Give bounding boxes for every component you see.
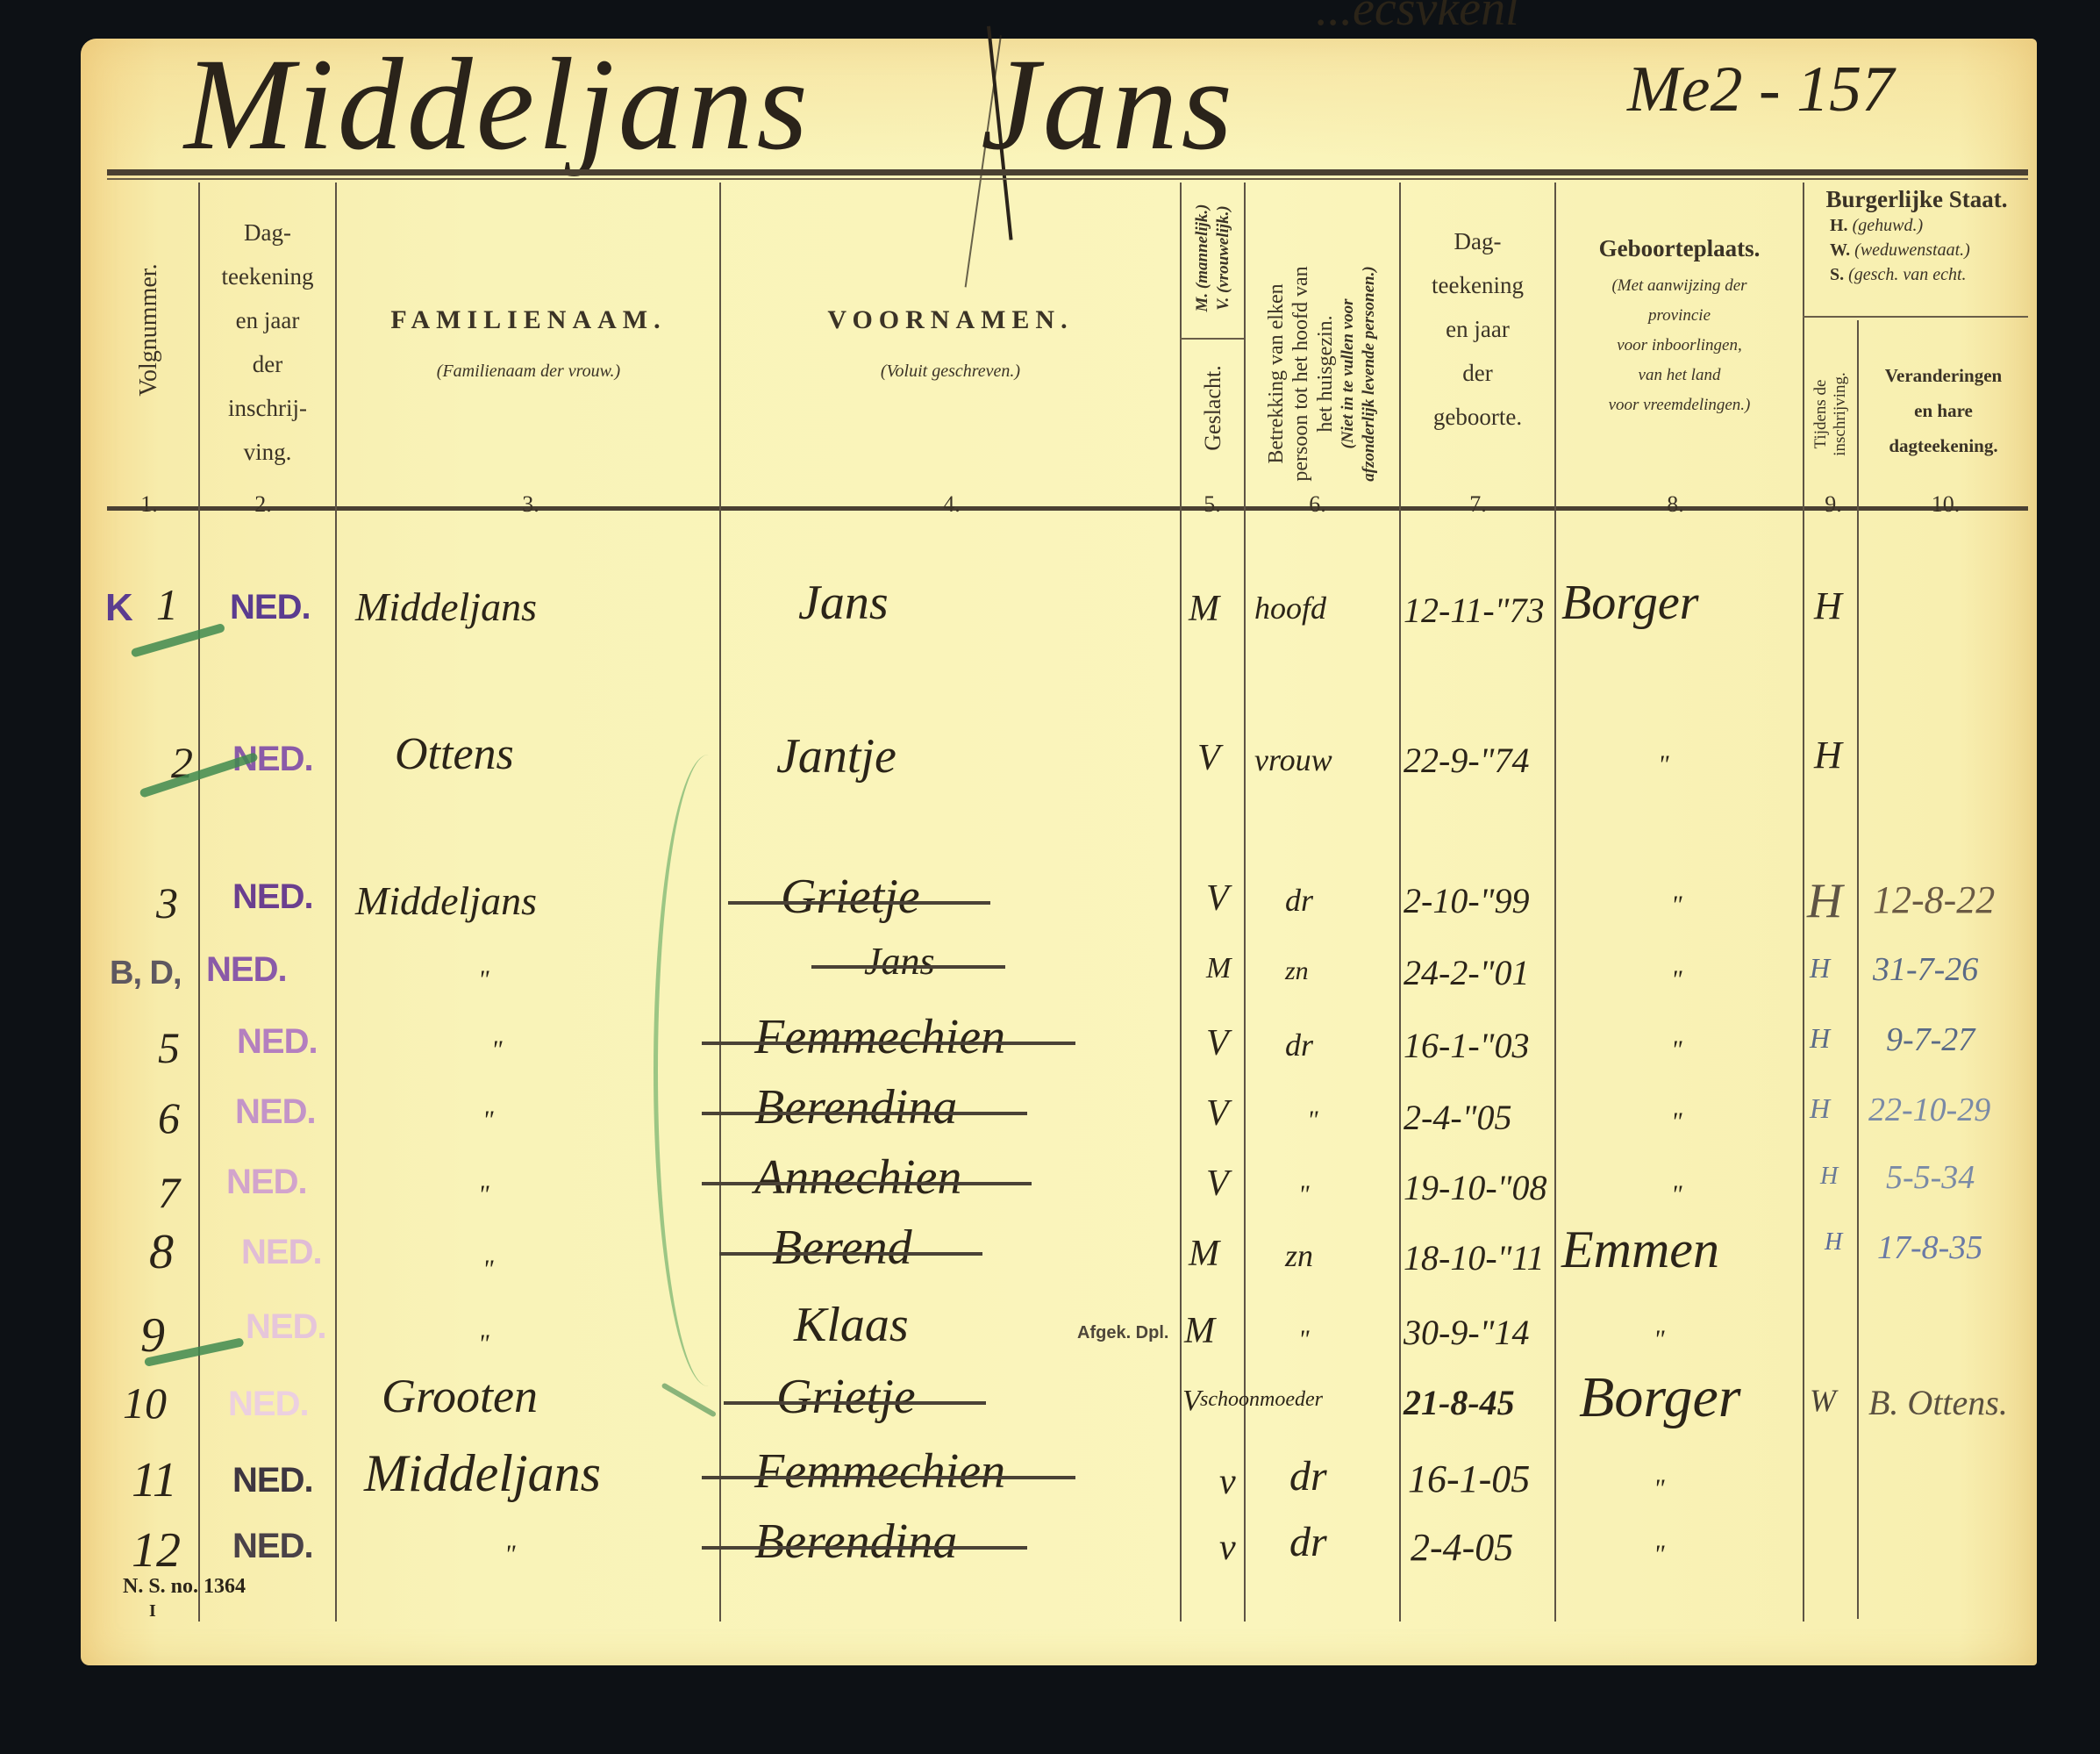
familienaam-ditto: "	[491, 1035, 503, 1065]
col-divider-1	[198, 183, 200, 1622]
verandering: 9-7-27	[1886, 1020, 1975, 1059]
betrekking: dr	[1289, 1518, 1327, 1566]
geboortedatum: 18-10-"11	[1404, 1237, 1544, 1278]
geboorteplaats: "	[1658, 750, 1669, 780]
colnum-2: 2.	[237, 491, 289, 518]
voornamen-struck: Femmechien	[754, 1009, 1005, 1065]
colnum-7: 7.	[1452, 491, 1504, 518]
geboortedatum: 2-4-"05	[1404, 1097, 1511, 1138]
familienaam: Ottens	[395, 728, 514, 780]
row-prefix-stamp: B, D,	[110, 955, 182, 992]
geboorteplaats: "	[1671, 965, 1682, 995]
header-volgnummer: Volgnummer.	[135, 242, 163, 418]
geslacht: V	[1206, 877, 1229, 920]
geslacht: V	[1206, 1022, 1229, 1064]
header-betrekking: Betrekking van elken persoon tot het hoo…	[1264, 242, 1380, 505]
colnum-8: 8.	[1649, 491, 1702, 518]
geslacht: M	[1189, 588, 1219, 630]
header-rule-thick	[107, 169, 2028, 175]
burgerlijke-staat: H	[1810, 952, 1830, 984]
betrekking: zn	[1285, 956, 1309, 986]
nationality-stamp: NED.	[246, 1307, 326, 1347]
burgerlijke-staat: H	[1807, 873, 1842, 929]
geslacht: V	[1206, 1092, 1229, 1135]
row-number: 5	[158, 1022, 180, 1073]
betrekking: dr	[1289, 1452, 1327, 1500]
familienaam: Middeljans	[355, 583, 537, 630]
row-number: 11	[132, 1452, 177, 1508]
geslacht: M	[1189, 1233, 1219, 1275]
header-burgerlijke-staat: Burgerlijke Staat. H. (gehuwd.) W. (wedu…	[1805, 186, 2028, 287]
geboortedatum: 30-9-"14	[1404, 1312, 1529, 1353]
geboortedatum: 24-2-"01	[1404, 952, 1529, 993]
familienaam-ditto: "	[478, 1329, 489, 1359]
large-given-name: Jans	[981, 39, 1236, 170]
row-number: 12	[132, 1522, 181, 1579]
voornamen-struck: Berendina	[754, 1079, 957, 1135]
geboorteplaats: "	[1671, 891, 1682, 920]
familienaam-ditto: "	[478, 965, 489, 995]
betrekking-ditto: "	[1298, 1180, 1310, 1210]
geboorteplaats: Borger	[1561, 575, 1699, 631]
header-geboorteplaats: Geboorteplaats. (Met aanwijzing der prov…	[1556, 235, 1803, 420]
geboorteplaats: "	[1654, 1325, 1665, 1355]
geboortedatum: 2-10-"99	[1404, 880, 1529, 921]
voornamen: Klaas	[794, 1297, 909, 1353]
row-number: 7	[158, 1167, 180, 1218]
betrekking: dr	[1285, 882, 1313, 919]
familienaam-ditto: "	[478, 1180, 489, 1210]
geslacht: V	[1197, 737, 1220, 779]
geslacht: v	[1219, 1461, 1236, 1503]
row-number: 8	[149, 1224, 174, 1280]
voornamen-struck: Grietje	[781, 869, 920, 925]
colnum-5: 5.	[1186, 491, 1239, 518]
geboorteplaats: Emmen	[1561, 1220, 1719, 1280]
nationality-stamp: NED.	[232, 1461, 313, 1500]
colnum-10: 10.	[1919, 491, 1972, 518]
verandering: 12-8-22	[1873, 877, 1995, 922]
header-voornamen: VOORNAMEN. (Voluit geschreven.)	[721, 305, 1180, 382]
afgek-dpl-stamp: Afgek. Dpl.	[1077, 1323, 1168, 1343]
betrekking: dr	[1285, 1027, 1313, 1063]
colnum-1: 1.	[123, 491, 175, 518]
form-number: N. S. no. 1364	[123, 1575, 246, 1599]
geboorteplaats: "	[1654, 1474, 1665, 1504]
voornamen-struck: Berendina	[754, 1514, 957, 1570]
colnum-4: 4.	[925, 491, 978, 518]
voornamen-struck: Grietje	[776, 1369, 916, 1425]
geboorteplaats: "	[1671, 1035, 1682, 1065]
row-number: 1	[156, 579, 178, 630]
familienaam: Grooten	[382, 1369, 538, 1423]
burgerlijke-staat: H	[1810, 1092, 1830, 1125]
familienaam-ditto: "	[482, 1255, 494, 1285]
nationality-stamp: NED.	[206, 950, 287, 990]
burgerlijke-staat: H	[1814, 583, 1842, 628]
familienaam: Middeljans	[355, 877, 537, 924]
header-geslacht-codes: M. (mannelijk.) V. (vrouwelijk.)	[1192, 170, 1234, 346]
geboortedatum: 12-11-"73	[1404, 590, 1544, 631]
voornamen-struck: Annechien	[754, 1149, 961, 1206]
burgerlijke-staat: W	[1810, 1382, 1836, 1419]
geboortedatum: 16-1-"03	[1404, 1025, 1529, 1066]
verandering: 22-10-29	[1868, 1091, 1990, 1129]
betrekking: vrouw	[1254, 741, 1332, 778]
geboorteplaats: Borger	[1579, 1364, 1741, 1431]
burgerlijke-staat: H	[1825, 1228, 1842, 1256]
voornamen-struck: Femmechien	[754, 1443, 1005, 1500]
large-surname: Middeljans	[184, 39, 811, 170]
geboortedatum: 2-4-05	[1411, 1525, 1513, 1570]
card-number: Me2 - 157	[1627, 53, 1894, 127]
header-familienaam: FAMILIENAAM. (Familienaam der vrouw.)	[338, 305, 719, 382]
nationality-stamp: NED.	[226, 1163, 307, 1202]
burgerlijke-divider	[1803, 316, 2028, 318]
betrekking: hoofd	[1254, 590, 1326, 626]
header-inschrijving: Dag- teekening en jaar der inschrij- vin…	[202, 211, 333, 474]
geboorteplaats: "	[1654, 1540, 1665, 1570]
geslacht: M	[1184, 1310, 1215, 1352]
header-veranderingen: Veranderingen en hare dagteekening.	[1859, 358, 2028, 463]
row-prefix-stamp: K	[105, 586, 132, 630]
header-rule-thin	[107, 178, 2028, 180]
geboorteplaats: "	[1671, 1180, 1682, 1210]
burgerlijke-staat: H	[1820, 1163, 1838, 1191]
burgerlijke-staat: H	[1814, 733, 1842, 777]
row-number: 10	[123, 1378, 167, 1428]
familienaam: Middeljans	[364, 1443, 601, 1504]
top-cut-handwriting: ...ecsvkenl	[1316, 0, 1519, 40]
familienaam-ditto: "	[482, 1106, 494, 1135]
geboortedatum: 22-9-"74	[1404, 740, 1529, 781]
geboortedatum: 16-1-05	[1408, 1457, 1530, 1501]
row-number: 6	[158, 1092, 180, 1143]
geslacht: V	[1182, 1385, 1201, 1418]
col-divider-4	[1180, 183, 1182, 1622]
voornamen: Jantje	[776, 728, 896, 784]
geboortedatum: 21-8-45	[1404, 1382, 1515, 1423]
geboortedatum: 19-10-"08	[1404, 1167, 1546, 1208]
row-number: 3	[156, 877, 178, 928]
form-sub-number: I	[149, 1601, 156, 1622]
nationality-stamp: NED.	[230, 588, 311, 627]
header-bottom-rule	[107, 506, 2028, 511]
header-geboorte: Dag- teekening en jaar der geboorte.	[1401, 219, 1554, 439]
verandering: B. Ottens.	[1868, 1382, 2008, 1423]
geslacht: M	[1206, 952, 1231, 985]
betrekking-ditto: "	[1307, 1106, 1318, 1135]
nationality-stamp: NED.	[232, 877, 313, 917]
col-divider-2	[335, 183, 337, 1622]
green-pencil-bracket	[654, 755, 763, 1386]
voornamen: Jans	[798, 575, 889, 631]
nationality-stamp: NED.	[228, 1385, 309, 1424]
familienaam-ditto: "	[504, 1540, 516, 1570]
header-geslacht: Geslacht.	[1200, 320, 1226, 496]
nationality-stamp: NED.	[237, 1022, 318, 1062]
geboorteplaats: "	[1671, 1107, 1682, 1137]
betrekking: zn	[1285, 1237, 1313, 1274]
nationality-stamp: NED.	[235, 1092, 316, 1132]
nationality-stamp: NED.	[241, 1233, 322, 1272]
nationality-stamp: NED.	[232, 1527, 313, 1566]
voornamen-struck: Jans	[864, 939, 935, 984]
verandering: 5-5-34	[1886, 1158, 1975, 1197]
verandering: 17-8-35	[1877, 1228, 1982, 1267]
verandering: 31-7-26	[1873, 950, 1978, 989]
geslacht: V	[1206, 1163, 1229, 1205]
voornamen-struck: Berend	[772, 1220, 912, 1276]
burgerlijke-staat: H	[1810, 1022, 1830, 1055]
colnum-3: 3.	[504, 491, 557, 518]
betrekking-ditto: "	[1298, 1325, 1310, 1355]
header-tijdens-inschrijving: Tijdens de inschrijving.	[1811, 326, 1850, 502]
betrekking: schoonmoeder	[1200, 1388, 1323, 1412]
geslacht: v	[1219, 1527, 1236, 1569]
col-divider-8	[1803, 183, 1804, 1622]
colnum-9: 9.	[1807, 491, 1860, 518]
colnum-6: 6.	[1291, 491, 1344, 518]
